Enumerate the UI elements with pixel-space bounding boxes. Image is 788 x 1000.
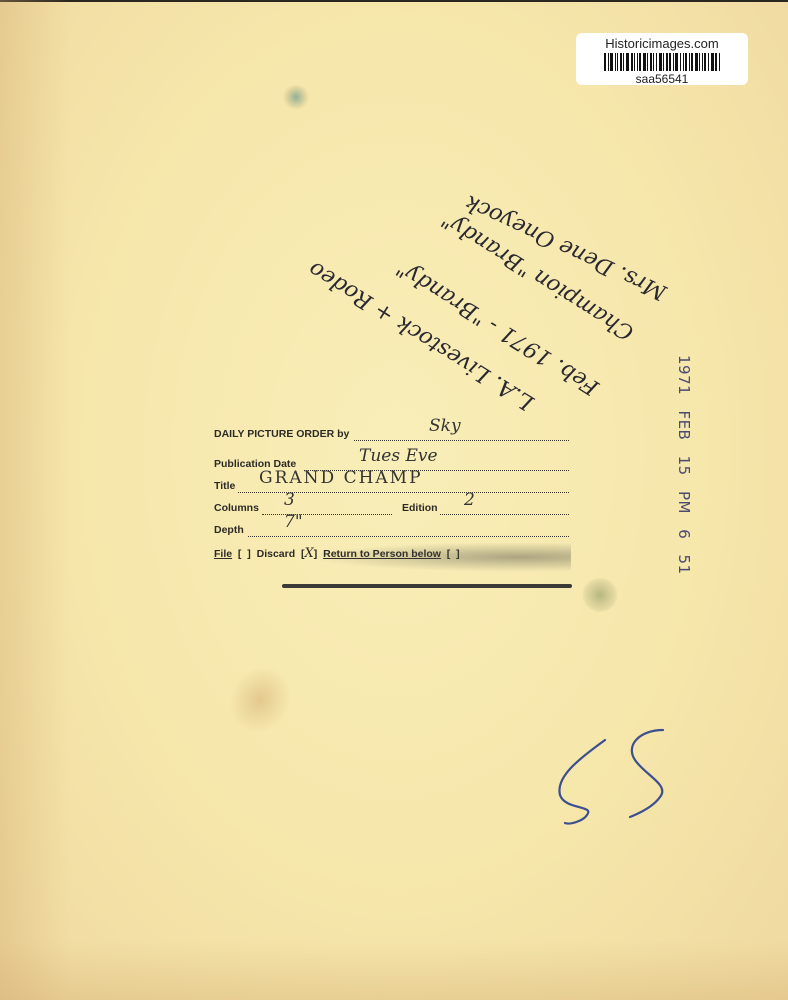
label-code: saa56541 xyxy=(576,72,748,86)
dotted-line xyxy=(262,514,392,515)
columns-value: 3 xyxy=(284,490,295,510)
photo-back-page: Historicimages.com saa56541 L.A. Livesto… xyxy=(0,0,788,1000)
edition-value: 2 xyxy=(464,490,475,510)
file-checkbox: [ ] xyxy=(235,548,254,560)
date-stamp-text: 1971 FEB 15 PM 6 51 xyxy=(675,355,693,575)
ink-stain xyxy=(282,85,310,109)
stamp-bar xyxy=(282,584,572,588)
depth-label: Depth xyxy=(214,524,244,536)
title-label: Title xyxy=(214,480,235,492)
dotted-line xyxy=(248,536,569,537)
barcode-icon xyxy=(604,53,720,71)
ink-smudge xyxy=(309,542,571,572)
dotted-line xyxy=(354,440,569,441)
top-edge xyxy=(0,0,788,2)
file-label: File xyxy=(214,548,232,560)
handwritten-inscription: L.A. Livestock + Rodeo Feb. 1971 - "Bran… xyxy=(290,110,670,430)
columns-label: Columns xyxy=(214,502,259,514)
discard-label: Discard xyxy=(257,548,296,560)
label-site: Historicimages.com xyxy=(576,36,748,51)
publication-date-value: Tues Eve xyxy=(359,446,438,466)
archive-label: Historicimages.com saa56541 xyxy=(576,33,748,85)
fingerprint-stain xyxy=(217,655,304,746)
title-value: GRAND CHAMP xyxy=(259,468,423,488)
ink-stain xyxy=(582,578,618,612)
edition-label: Edition xyxy=(402,502,438,514)
date-stamp: 1971 FEB 15 PM 6 51 xyxy=(655,355,715,535)
depth-value: 7" xyxy=(284,512,303,532)
dotted-line xyxy=(440,514,569,515)
aging-shade-bottom xyxy=(0,940,788,1000)
handwritten-number-mark xyxy=(545,715,675,825)
aging-shade-left xyxy=(0,0,70,1000)
order-by-value: Sky xyxy=(429,416,461,436)
order-by-label: DAILY PICTURE ORDER by xyxy=(214,428,349,440)
